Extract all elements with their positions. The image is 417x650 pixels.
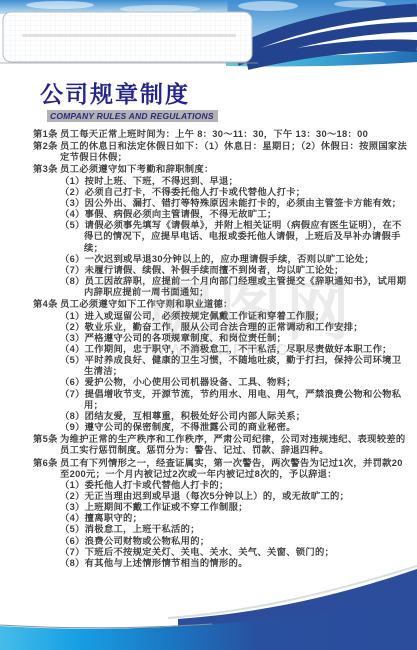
- article-item: （6）一次迟到或早退30分钟以上的，应办理请假手续，否则以旷工论处；: [60, 254, 409, 265]
- footer-wave: [0, 555, 417, 650]
- article-body: 员工的休息日和法定休假日如下：（1）休息日：星期日；（2）休假日：按照国家法定节…: [60, 141, 409, 163]
- page-subtitle: COMPANY RULES AND REGULATIONS: [47, 110, 218, 122]
- title-block: 公司规章制度 COMPANY RULES AND REGULATIONS: [40, 82, 218, 124]
- article-item: （1）按时上班、下班，不得迟到、早退；: [60, 176, 409, 187]
- article-body: 员工必须遵守如下工作守则和职业道德：（1）进入或逗留公司，必须按规定佩戴工作证和…: [60, 299, 409, 433]
- article-item: （2）敬业乐业，勤奋工作，服从公司合法合理的正常调动和工作安排；: [60, 322, 409, 333]
- article-text: 为维护正常的生产秩序和工作秩序，严肃公司纪律，公司对违规违纪、表现较差的员工实行…: [60, 434, 409, 456]
- article-text: 员工必须遵守如下考勤和辞职制度：: [60, 164, 409, 175]
- article-item: （1）委托他人打卡或代替他人打卡的；: [60, 480, 409, 491]
- poster-page: 公司规章制度 COMPANY RULES AND REGULATIONS 昵图网…: [0, 0, 417, 650]
- article-body: 员工有下列情形之一，经查证属实，第一次警告，两次警告为记过1次，并罚款20至20…: [60, 458, 409, 570]
- article-item: （6）爱护公物，小心使用公司机器设备、工具、物料；: [60, 377, 409, 388]
- article-item: （6）浪费公司财物或公物私用的；: [60, 536, 409, 547]
- article-item: （9）遵守公司的保密制度，不得泄露公司的商业秘密。: [60, 422, 409, 433]
- article-body: 为维护正常的生产秩序和工作秩序，严肃公司纪律，公司对违规违纪、表现较差的员工实行…: [60, 434, 409, 456]
- article-text: 员工的休息日和法定休假日如下：（1）休息日：星期日；（2）休假日：按照国家法定节…: [60, 141, 409, 163]
- article-text: 员工必须遵守如下工作守则和职业道德：: [60, 299, 409, 310]
- article-label: 第1条: [33, 129, 60, 140]
- article-item: （4）工作期间，忠于职守，不消极怠工，不干私活，尽职尽责做好本职工作；: [60, 344, 409, 355]
- page-title: 公司规章制度: [40, 82, 218, 106]
- article-item: （1）进入或逗留公司，必须按规定佩戴工作证和穿着工作服；: [60, 311, 409, 322]
- article-text: 员工每天正常上班时间为：上午 8：30～11：30，下午 13：30～18：00: [60, 129, 409, 140]
- article-label: 第3条: [33, 164, 60, 298]
- article-row: 第1条员工每天正常上班时间为：上午 8：30～11：30，下午 13：30～18…: [33, 129, 409, 140]
- article-label: 第6条: [33, 458, 60, 570]
- article-item: （8）团结友爱，互相尊重，积极处好公司内部人际关系；: [60, 411, 409, 422]
- article-item: （3）严格遵守公司的各项规章制度、和岗位责任制；: [60, 333, 409, 344]
- article-item: （8）员工因故辞职，应提前一个月向部门经理或主管提交《辞职通知书》，试用期内辞职…: [60, 276, 409, 298]
- header-artwork: [0, 0, 417, 80]
- article-item: （4）事假、病假必须向主管请假，不得无故旷工；: [60, 209, 409, 220]
- article-item: （5）消极怠工，上班干私活的；: [60, 524, 409, 535]
- article-item: （2）无正当理由迟到或早退（每次5分钟以上）的，或无故旷工的；: [60, 491, 409, 502]
- article-item: （5）平时养成良好、健康的卫生习惯，不随地吐痰，勤于打扫，保持公司环境卫生清洁；: [60, 355, 409, 377]
- logo-placeholder: [3, 12, 252, 62]
- article-row: 第6条员工有下列情形之一，经查证属实，第一次警告，两次警告为记过1次，并罚款20…: [33, 458, 409, 570]
- article-item: （4）擅离职守的；: [60, 513, 409, 524]
- article-label: 第4条: [33, 299, 60, 433]
- article-item: （2）必须自己打卡，不得委托他人打卡或代替他人打卡；: [60, 187, 409, 198]
- article-item: （5）请假必须事先填写《请假单》，并附上相关证明（病假应有医生证明），在不得已的…: [60, 220, 409, 253]
- article-item: （7）未履行请假、续假、补假手续而擅不到岗者，均以旷工论处；: [60, 265, 409, 276]
- article-row: 第4条员工必须遵守如下工作守则和职业道德：（1）进入或逗留公司，必须按规定佩戴工…: [33, 299, 409, 433]
- article-body: 员工每天正常上班时间为：上午 8：30～11：30，下午 13：30～18：00: [60, 129, 409, 140]
- article-row: 第2条员工的休息日和法定休假日如下：（1）休息日：星期日；（2）休假日：按照国家…: [33, 141, 409, 163]
- article-item: （7）提倡增收节支，开源节流，节约用水、用电、用气，严禁浪费公物和公物私用；: [60, 389, 409, 411]
- article-row: 第3条员工必须遵守如下考勤和辞职制度：（1）按时上班、下班，不得迟到、早退；（2…: [33, 164, 409, 298]
- article-body: 员工必须遵守如下考勤和辞职制度：（1）按时上班、下班，不得迟到、早退；（2）必须…: [60, 164, 409, 298]
- article-row: 第5条为维护正常的生产秩序和工作秩序，严肃公司纪律，公司对违规违纪、表现较差的员…: [33, 434, 409, 456]
- article-label: 第2条: [33, 141, 60, 163]
- article-item: （3）因公外出、漏打、错打等特殊原因未能打卡的，必须由主管签卡方能有效；: [60, 198, 409, 209]
- article-item: （3）上班期间不戴工作证或不穿工作制服；: [60, 502, 409, 513]
- article-label: 第5条: [33, 434, 60, 456]
- articles: 第1条员工每天正常上班时间为：上午 8：30～11：30，下午 13：30～18…: [33, 128, 409, 569]
- article-text: 员工有下列情形之一，经查证属实，第一次警告，两次警告为记过1次，并罚款20至20…: [60, 458, 409, 480]
